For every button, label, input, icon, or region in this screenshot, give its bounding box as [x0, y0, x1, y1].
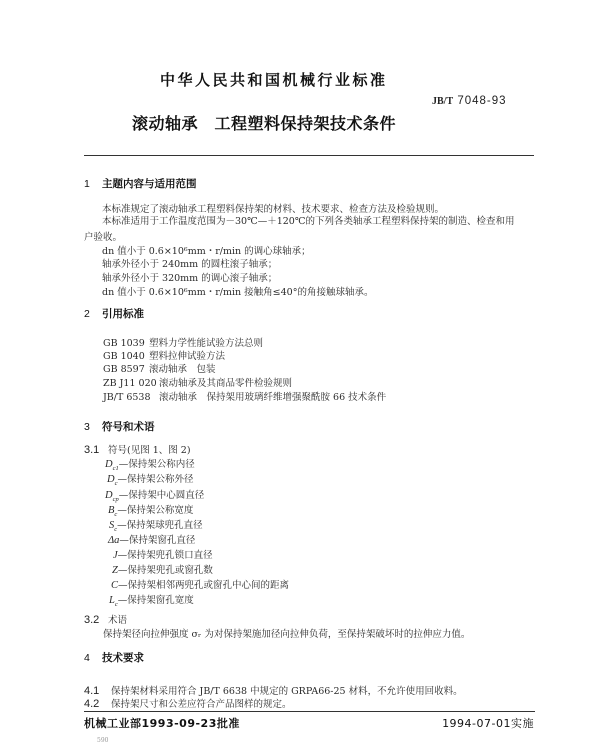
symbol-description: —保持架窗孔直径: [119, 535, 195, 546]
symbol-letter: D: [105, 459, 113, 470]
symbol-letter: Δa: [108, 535, 119, 546]
section-3-heading: 3符号和术语: [84, 419, 155, 434]
subsection-title: 符号(见图 1、图 2): [108, 445, 191, 456]
symbol-description: —保持架窗孔宽度: [118, 595, 194, 606]
code-number: 7048-93: [457, 95, 506, 107]
symbol-letter: C: [111, 580, 118, 591]
symbol-item: Z—保持架兜孔或窗孔数: [112, 562, 213, 578]
section-1-item: 轴承外径小于 240mm 的圆柱滚子轴承；: [102, 256, 277, 270]
code-prefix: JB/T: [432, 96, 453, 107]
symbol-description: —保持架公称外径: [117, 474, 193, 485]
reference-item: GB 8597滚动轴承 包装: [103, 361, 216, 375]
subsection-3-2-heading: 3.2术语: [84, 612, 127, 626]
reference-name: 滚动轴承 包装: [149, 364, 216, 375]
section-2-heading: 2引用标准: [84, 306, 144, 321]
section-number: 3: [84, 421, 102, 433]
symbol-item: Bc—保持架公称宽度: [108, 502, 193, 518]
page-number: 590: [97, 737, 108, 744]
section-title: 技术要求: [102, 652, 144, 664]
reference-item: JB/T 6538滚动轴承 保持架用玻璃纤维增强聚酰胺 66 技术条件: [103, 389, 386, 403]
symbol-description: —保持架兜孔或窗孔数: [118, 565, 213, 576]
symbol: Dcp: [105, 490, 119, 501]
section-1-paragraph-2-cont: 户验收。: [84, 229, 122, 243]
item-number: 4.2: [84, 698, 111, 710]
symbol-item: C—保持架相邻两兜孔或窗孔中心间的距离: [111, 577, 289, 593]
symbol: Dc: [107, 474, 117, 485]
reference-item: GB 1040塑料拉伸试验方法: [103, 348, 225, 362]
symbol-item: Sc—保持架球兜孔直径: [109, 517, 203, 533]
requirement-item: 4.1保持架材料采用符合 JB/T 6638 中规定的 GRPA66-25 材料…: [84, 683, 463, 697]
requirement-item: 4.2保持架尺寸和公差应符合产品图样的规定。: [84, 696, 292, 710]
symbol-description: —保持架球兜孔直径: [117, 520, 203, 531]
section-1-heading: 1主题内容与适用范围: [84, 176, 197, 191]
symbol-description: —保持架中心圆直径: [119, 490, 205, 501]
reference-code: JB/T 6538: [103, 392, 159, 403]
symbol-item: Δa—保持架窗孔直径: [108, 532, 195, 548]
section-number: 4: [84, 652, 102, 664]
symbol-item: Dc—保持架公称外径: [107, 471, 194, 487]
symbol: Dc1: [105, 459, 119, 470]
reference-item: ZB J11 020滚动轴承及其商品零件检验规则: [103, 375, 292, 389]
reference-code: GB 8597: [103, 364, 149, 375]
section-number: 2: [84, 308, 102, 320]
document-title: 滚动轴承 工程塑料保持架技术条件: [132, 111, 396, 134]
footer-rule: [84, 711, 535, 712]
symbol-item: J—保持架兜孔锁口直径: [113, 547, 213, 563]
section-1-item: 轴承外径小于 320mm 的调心滚子轴承；: [102, 270, 277, 284]
symbol-description: —保持架公称宽度: [117, 505, 193, 516]
reference-code: ZB J11 020: [103, 378, 159, 389]
section-title: 引用标准: [102, 308, 144, 320]
symbol: C: [111, 580, 118, 591]
section-1-paragraph-2: 本标准适用于工作温度范围为－30℃—＋120℃的下列各类轴承工程塑料保持架的制造…: [102, 213, 514, 227]
symbol-item: Dcp—保持架中心圆直径: [105, 487, 204, 503]
symbol-description: —保持架相邻两兜孔或窗孔中心间的距离: [118, 580, 289, 591]
symbol: Sc: [109, 520, 117, 531]
standard-code: JB/T 7048-93: [432, 95, 507, 107]
subsection-number: 3.1: [84, 444, 108, 456]
symbol-letter: D: [107, 474, 115, 485]
reference-name: 滚动轴承及其商品零件检验规则: [159, 378, 292, 389]
subsection-number: 3.2: [84, 614, 108, 626]
subsection-3-1-heading: 3.1符号(见图 1、图 2): [84, 442, 191, 456]
symbol: Lc: [109, 595, 118, 606]
symbol-letter: D: [105, 490, 113, 501]
symbol-item: Lc—保持架窗孔宽度: [109, 592, 194, 608]
subsection-title: 术语: [108, 615, 127, 626]
symbol: Δa: [108, 535, 119, 546]
symbol-description: —保持架公称内径: [119, 459, 195, 470]
approval-date: 机械工业部1993-09-23批准: [84, 715, 240, 731]
section-number: 1: [84, 178, 102, 190]
header-rule: [84, 155, 534, 156]
standard-body-title: 中华人民共和国机械行业标准: [160, 69, 388, 90]
symbol-item: Dc1—保持架公称内径: [105, 456, 195, 472]
section-title: 主题内容与适用范围: [102, 178, 197, 190]
section-4-heading: 4技术要求: [84, 650, 144, 665]
item-text: 保持架尺寸和公差应符合产品图样的规定。: [111, 699, 292, 710]
effective-date: 1994-07-01实施: [442, 715, 534, 731]
section-title: 符号和术语: [102, 421, 155, 433]
reference-name: 滚动轴承 保持架用玻璃纤维增强聚酰胺 66 技术条件: [159, 392, 386, 403]
section-1-item: dn 值小于 0.6×10⁶mm・r/min 接触角≤40°的角接触球轴承。: [102, 284, 373, 298]
section-1-item: dn 值小于 0.6×10⁶mm・r/min 的调心球轴承；: [102, 243, 311, 257]
symbol-description: —保持架兜孔锁口直径: [118, 550, 213, 561]
subsection-3-2-text: 保持架径向拉伸强度 σᵣ 为对保持架施加径向拉伸负荷，至保持架破坏时的拉伸应力值…: [103, 626, 470, 640]
reference-item: GB 1039塑料力学性能试验方法总则: [103, 335, 263, 349]
symbol: Bc: [108, 505, 117, 516]
